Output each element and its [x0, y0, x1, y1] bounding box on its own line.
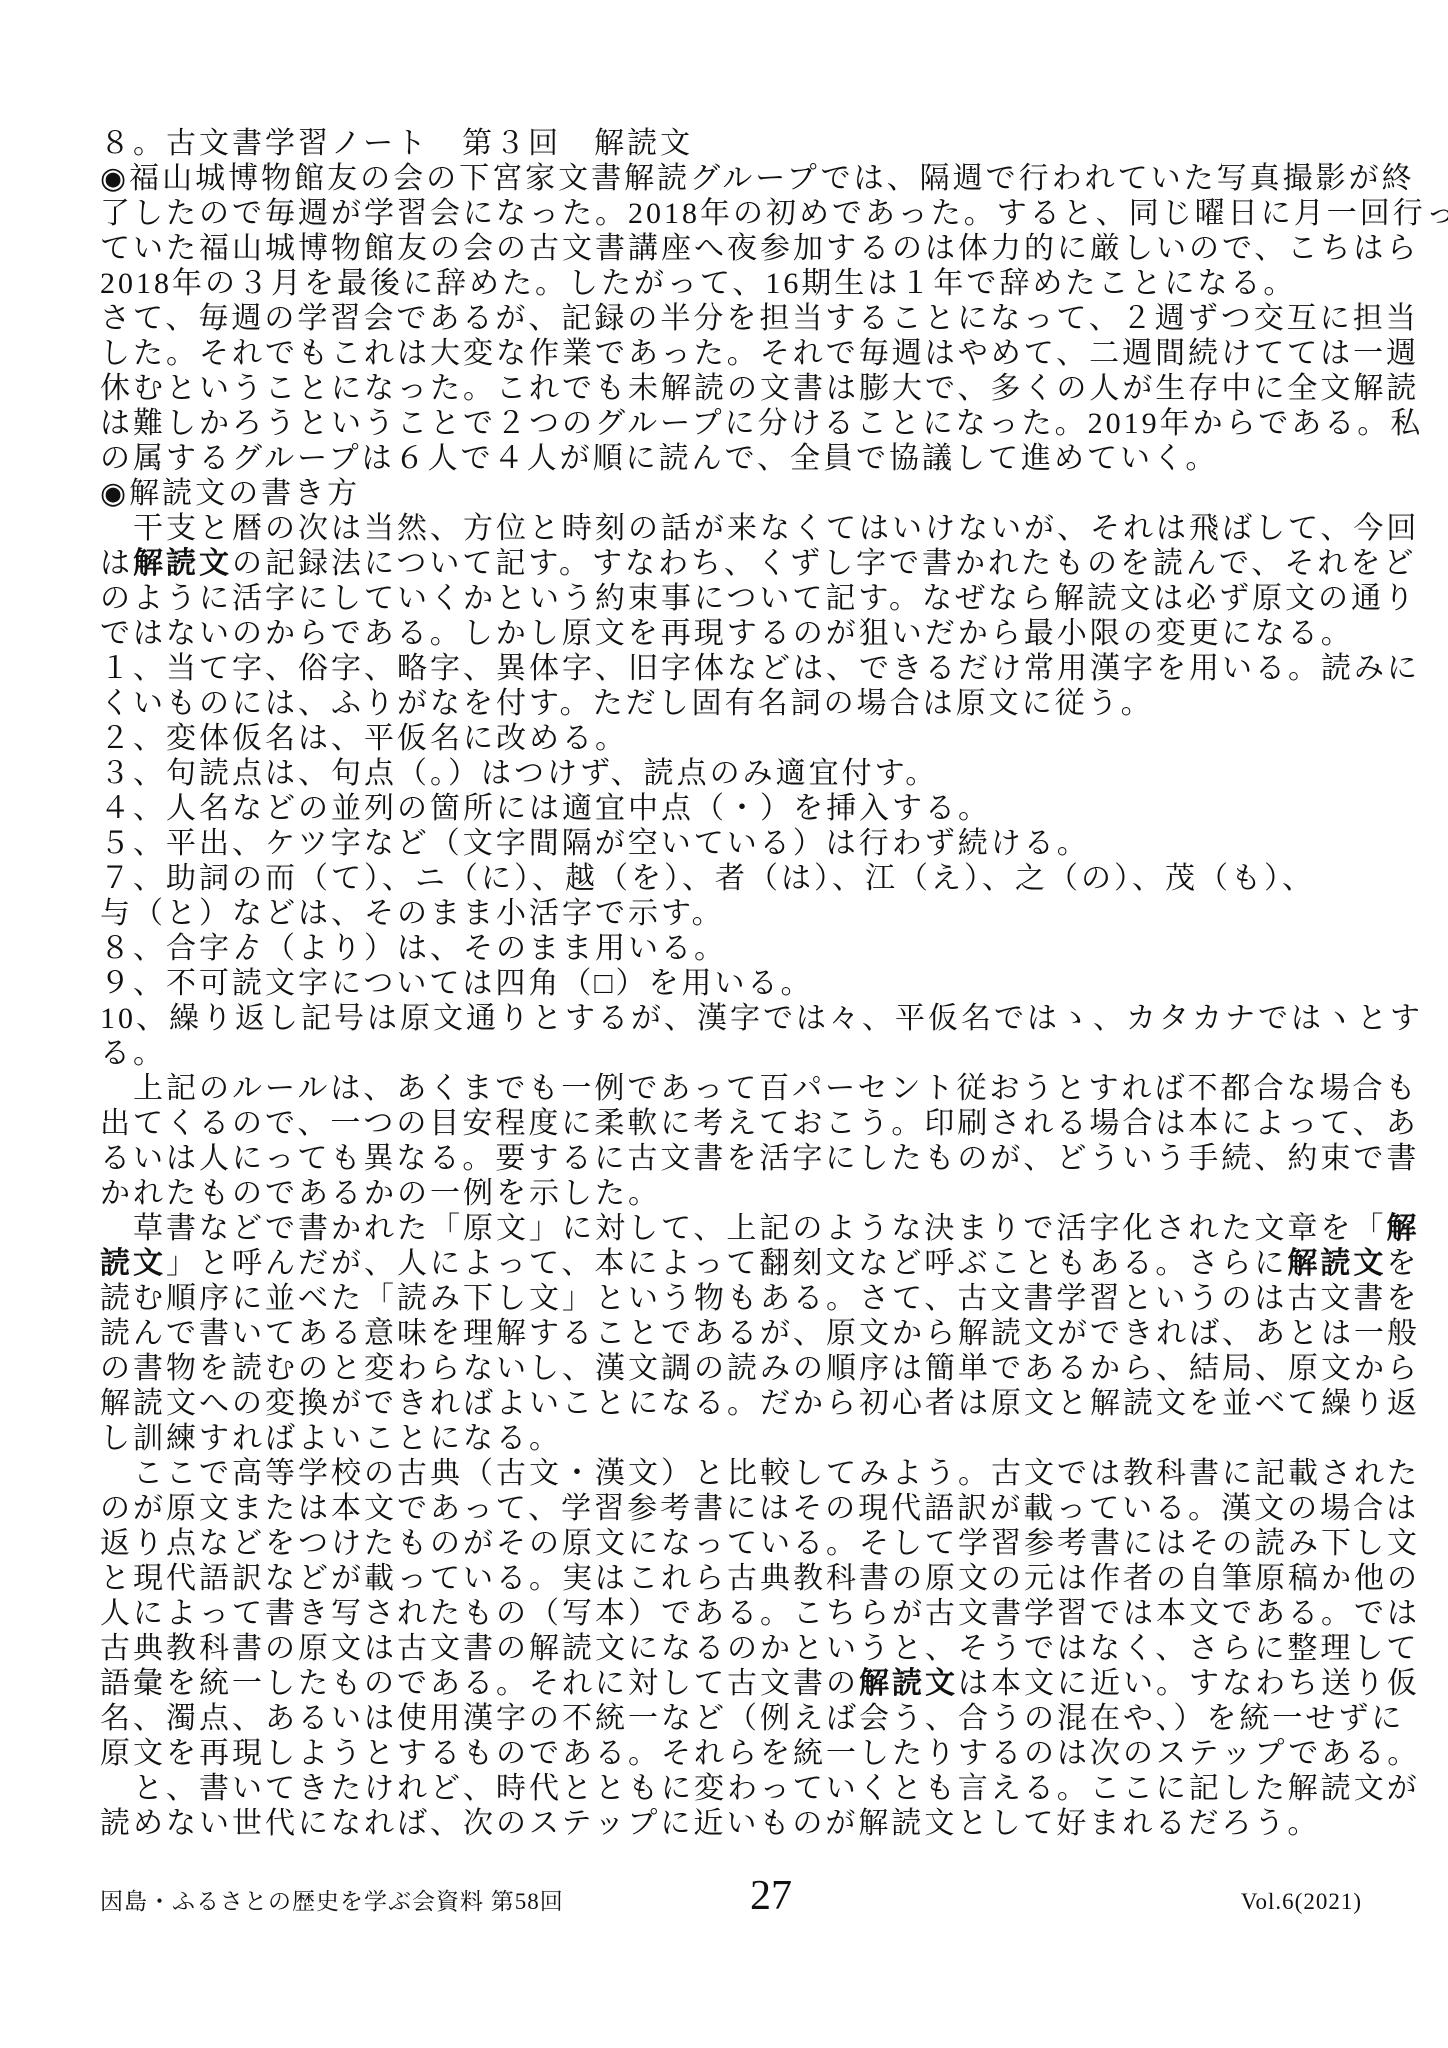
- document-title: ８。古文書学習ノート 第３回 解読文: [100, 126, 1362, 161]
- text-line: ７、助詞の而（て）、ニ（に）、越（を）、者（は）、江（え）、之（の）、茂（も）、: [100, 861, 1362, 896]
- text-line: し訓練すればよいことになる。: [100, 1421, 1362, 1456]
- footer-page-number: 27: [750, 1872, 792, 1920]
- text-line: くいものには、ふりがなを付す。ただし固有名詞の場合は原文に従う。: [100, 686, 1362, 721]
- text-line: 上記のルールは、あくまでも一例であって百パーセント従おうとすれば不都合な場合も: [100, 1071, 1362, 1106]
- text-line: 読んで書いてある意味を理解することであるが、原文から解読文ができれば、あとは一般: [100, 1316, 1362, 1351]
- text-line: 干支と暦の次は当然、方位と時刻の話が来なくてはいけないが、それは飛ばして、今回: [100, 511, 1362, 546]
- footer-volume-label: Vol.6(2021): [752, 1889, 1362, 1915]
- text-line: のが原文または本文であって、学習参考書にはその現代語訳が載っている。漢文の場合は: [100, 1491, 1362, 1526]
- text-line: ８、合字ゟ（より）は、そのまま用いる。: [100, 931, 1362, 966]
- document-page: ８。古文書学習ノート 第３回 解読文 ◉福山城博物館友の会の下宮家文書解読グルー…: [0, 0, 1448, 2048]
- text-line: ９、不可読文字については四角（□）を用いる。: [100, 966, 1362, 1001]
- document-body: ８。古文書学習ノート 第３回 解読文 ◉福山城博物館友の会の下宮家文書解読グルー…: [100, 126, 1362, 1841]
- text-line: ◉解読文の書き方: [100, 476, 1362, 511]
- text-line: 返り点などをつけたものがその原文になっている。そして学習参考書にはその読み下し文: [100, 1526, 1362, 1561]
- text-line: 出てくるので、一つの目安程度に柔軟に考えておこう。印刷される場合は本によって、あ: [100, 1106, 1362, 1141]
- text-line: の書物を読むのと変わらないし、漢文調の読みの順序は簡単であるから、結局、原文から: [100, 1351, 1362, 1386]
- text-line: さて、毎週の学習会であるが、記録の半分を担当することになって、２週ずつ交互に担当: [100, 301, 1362, 336]
- text-line: 与（と）などは、そのまま小活字で示す。: [100, 896, 1362, 931]
- text-line: １、当て字、俗字、略字、異体字、旧字体などは、できるだけ常用漢字を用いる。読みに: [100, 651, 1362, 686]
- text-line: ４、人名などの並列の箇所には適宜中点（・）を挿入する。: [100, 791, 1362, 826]
- text-line: 10、繰り返し記号は原文通りとするが、漢字では々、平仮名ではゝ、カタカナではヽと…: [100, 1001, 1362, 1036]
- text-line: ３、句読点は、句点（。）はつけず、読点のみ適宜付す。: [100, 756, 1362, 791]
- text-line: 名、濁点、あるいは使用漢字の不統一など（例えば会う、合うの混在や、）を統一せずに: [100, 1701, 1362, 1736]
- text-line: 了したので毎週が学習会になった。2018年の初めであった。すると、同じ曜日に月一…: [100, 196, 1362, 231]
- text-line: 読めない世代になれば、次のステップに近いものが解読文として好まれるだろう。: [100, 1806, 1362, 1841]
- text-line: ２、変体仮名は、平仮名に改める。: [100, 721, 1362, 756]
- text-line: 休むということになった。これでも未解読の文書は膨大で、多くの人が生存中に全文解読: [100, 371, 1362, 406]
- text-line: ではないのからである。しかし原文を再現するのが狙いだから最小限の変更になる。: [100, 616, 1362, 651]
- text-line: 読む順序に並べた「読み下し文」という物もある。さて、古文書学習というのは古文書を: [100, 1281, 1362, 1316]
- text-line: るいは人にっても異なる。要するに古文書を活字にしたものが、どういう手続、約束で書: [100, 1141, 1362, 1176]
- text-line: ていた福山城博物館友の会の古文書講座へ夜参加するのは体力的に厳しいので、こちはら: [100, 231, 1362, 266]
- text-line: は難しかろうということで２つのグループに分けることになった。2019年からである…: [100, 406, 1362, 441]
- text-line: かれたものであるかの一例を示した。: [100, 1176, 1362, 1211]
- text-line: ５、平出、ケツ字など（文字間隔が空いている）は行わず続ける。: [100, 826, 1362, 861]
- text-line: した。それでもこれは大変な作業であった。それで毎週はやめて、二週間続けてては一週: [100, 336, 1362, 371]
- text-line: 草書などで書かれた「原文」に対して、上記のような決まりで活字化された文章を「解: [100, 1211, 1362, 1246]
- text-line: の属するグループは６人で４人が順に読んで、全員で協議して進めていく。: [100, 441, 1362, 476]
- text-line: と現代語訳などが載っている。実はこれら古典教科書の原文の元は作者の自筆原稿か他の: [100, 1561, 1362, 1596]
- document-text: ◉福山城博物館友の会の下宮家文書解読グループでは、隔週で行われていた写真撮影が終…: [100, 161, 1362, 1841]
- text-line: 古典教科書の原文は古文書の解読文になるのかというと、そうではなく、さらに整理して: [100, 1631, 1362, 1666]
- text-line: は解読文の記録法について記す。すなわち、くずし字で書かれたものを読んで、それをど: [100, 546, 1362, 581]
- text-line: ◉福山城博物館友の会の下宮家文書解読グループでは、隔週で行われていた写真撮影が終: [100, 161, 1362, 196]
- text-line: 人によって書き写されたもの（写本）である。こちらが古文書学習では本文である。では: [100, 1596, 1362, 1631]
- text-line: と、書いてきたけれど、時代とともに変わっていくとも言える。ここに記した解読文が: [100, 1771, 1362, 1806]
- footer-source-label: 因島・ふるさとの歴史を学ぶ会資料 第58回: [100, 1883, 710, 1916]
- text-line: る。: [100, 1036, 1362, 1071]
- text-line: 読文」と呼んだが、人によって、本によって翻刻文など呼ぶこともある。さらに解読文を: [100, 1246, 1362, 1281]
- text-line: 2018年の３月を最後に辞めた。したがって、16期生は１年で辞めたことになる。: [100, 266, 1362, 301]
- text-line: のように活字にしていくかという約束事について記す。なぜなら解読文は必ず原文の通り: [100, 581, 1362, 616]
- text-line: 語彙を統一したものである。それに対して古文書の解読文は本文に近い。すなわち送り仮: [100, 1666, 1362, 1701]
- text-line: 原文を再現しようとするものである。それらを統一したりするのは次のステップである。: [100, 1736, 1362, 1771]
- page-footer: 因島・ふるさとの歴史を学ぶ会資料 第58回 27 Vol.6(2021): [100, 1872, 1362, 1920]
- text-line: 解読文への変換ができればよいことになる。だから初心者は原文と解読文を並べて繰り返: [100, 1386, 1362, 1421]
- text-line: ここで高等学校の古典（古文・漢文）と比較してみよう。古文では教科書に記載された: [100, 1456, 1362, 1491]
